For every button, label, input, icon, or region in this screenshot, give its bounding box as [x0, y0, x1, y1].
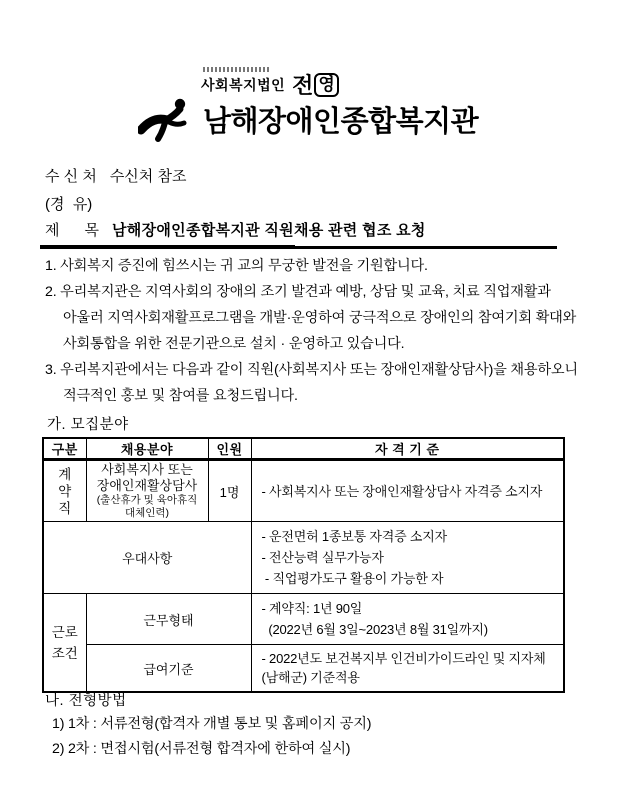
- body-line: 사회통합을 위한 전문기관으로 설치 · 운영하고 있습니다.: [45, 331, 605, 357]
- preferred-criteria-cell: - 운전면허 1종보통 자격증 소지자 - 전산능력 실무가능자 - 직업평가도…: [251, 522, 564, 594]
- center-logo-row: 남해장애인종합복지관: [138, 95, 478, 143]
- subject-line: 제 목 남해장애인종합복지관 직원채용 관련 협조 요청: [45, 219, 426, 240]
- foundation-name: 전 영: [292, 73, 339, 97]
- field-note-line: (출산휴가 및 육아휴직: [87, 494, 208, 507]
- work-type-value-cell: - 계약직: 1년 90일 (2022년 6월 3일~2023년 8월 31일까…: [251, 594, 564, 645]
- field-line: 사회복지사 또는: [87, 462, 208, 478]
- headcount-cell: 1명: [208, 460, 251, 522]
- body-paragraphs: 1. 사회복지 증진에 힘쓰시는 귀 교의 무궁한 발전을 기원합니다. 2. …: [45, 253, 605, 409]
- criteria-line: - 계약직: 1년 90일: [262, 598, 560, 619]
- selection-step-2: 2) 2차 : 면접시험(서류전형 합격자에 한하여 실시): [52, 738, 350, 758]
- field-cell: 사회복지사 또는 장애인재활상담사 (출산휴가 및 육아휴직 대체인력): [86, 460, 208, 522]
- selection-step-1: 1) 1차 : 서류전형(합격자 개별 통보 및 홈페이지 공지): [52, 713, 371, 733]
- criteria-line: - 사회복지사 또는 장애인재활상담사 자격증 소지자: [262, 481, 560, 502]
- body-line: 3. 우리복지관에서는 다음과 같이 직원(사회복지사 또는 장애인재활상담사)…: [45, 357, 605, 383]
- criteria-line: - 직업평가도구 활용이 가능한 자: [262, 568, 560, 589]
- scanned-official-letter: 사회복지법인 전 영 남해장애인종합복지관 수 신 처 수신처 참조 (: [0, 0, 631, 808]
- category-cell-contract: 계약직: [43, 460, 86, 522]
- category-cell-work-conditions: 근로조건: [43, 594, 86, 693]
- header-headcount: 인원: [208, 438, 251, 460]
- via-label: (경 유): [45, 193, 92, 214]
- body-line: 적극적인 홍보 및 참여를 요청드립니다.: [45, 383, 605, 409]
- subject-value: 남해장애인종합복지관 직원채용 관련 협조 요청: [112, 219, 426, 240]
- header-qualification: 자 격 기 준: [251, 438, 564, 460]
- subject-label: 제 목: [45, 219, 99, 240]
- header-field: 채용분야: [86, 438, 208, 460]
- person-swoosh-logo-icon: [138, 95, 200, 143]
- criteria-line: (2022년 6월 3일~2023년 8월 31일까지): [262, 619, 560, 640]
- preferred-label-cell: 우대사항: [43, 522, 251, 594]
- work-type-label-cell: 근무형태: [86, 594, 251, 645]
- body-line: 1. 사회복지 증진에 힘쓰시는 귀 교의 무궁한 발전을 기원합니다.: [45, 253, 605, 279]
- table-row-salary: 급여기준 - 2022년도 보건복지부 인건비가이드라인 및 지자체 (남해군)…: [43, 645, 564, 693]
- foundation-name-first-char: 전: [292, 75, 313, 97]
- recipient-line: 수 신 처 수신처 참조: [45, 165, 186, 186]
- criteria-line: (남해군) 기준적용: [262, 668, 560, 687]
- field-note-line: 대체인력): [87, 507, 208, 520]
- recipient-value: 수신처 참조: [110, 165, 187, 186]
- recruitment-table: 구분 채용분야 인원 자 격 기 준 계약직 사회복지사 또는 장애인재활상담사…: [42, 437, 565, 693]
- field-line: 장애인재활상담사: [87, 478, 208, 494]
- criteria-line: - 2022년도 보건복지부 인건비가이드라인 및 지자체: [262, 649, 560, 668]
- criteria-line: - 운전면허 1종보통 자격증 소지자: [262, 526, 560, 547]
- header-category: 구분: [43, 438, 86, 460]
- recipient-label: 수 신 처: [45, 165, 97, 186]
- table-header-row: 구분 채용분야 인원 자 격 기 준: [43, 438, 564, 460]
- table-row-contract: 계약직 사회복지사 또는 장애인재활상담사 (출산휴가 및 육아휴직 대체인력)…: [43, 460, 564, 522]
- selection-method-title: 나. 전형방법: [45, 689, 127, 710]
- table-row-preferred: 우대사항 - 운전면허 1종보통 자격증 소지자 - 전산능력 실무가능자 - …: [43, 522, 564, 594]
- foundation-name-boxed-char: 영: [314, 73, 338, 97]
- logo-slogan-illegible: [203, 67, 269, 72]
- logo-foundation-line: 사회복지법인 전 영: [201, 73, 339, 97]
- org-logo: 사회복지법인 전 영 남해장애인종합복지관: [138, 62, 498, 146]
- table-row-work-type: 근로조건 근무형태 - 계약직: 1년 90일 (2022년 6월 3일~202…: [43, 594, 564, 645]
- qualification-cell: - 사회복지사 또는 장애인재활상담사 자격증 소지자: [251, 460, 564, 522]
- foundation-type-label: 사회복지법인: [201, 75, 285, 97]
- salary-label-cell: 급여기준: [86, 645, 251, 693]
- recruitment-section-title: 가. 모집분야: [47, 413, 129, 434]
- header-divider: [40, 246, 557, 249]
- salary-value-cell: - 2022년도 보건복지부 인건비가이드라인 및 지자체 (남해군) 기준적용: [251, 645, 564, 693]
- center-name-title: 남해장애인종합복지관: [203, 99, 478, 140]
- via-line: (경 유): [45, 193, 92, 214]
- body-line: 아울러 지역사회재활프로그램을 개발·운영하여 궁극적으로 장애인의 참여기회 …: [45, 305, 605, 331]
- body-line: 2. 우리복지관은 지역사회의 장애의 조기 발견과 예방, 상담 및 교육, …: [45, 279, 605, 305]
- criteria-line: - 전산능력 실무가능자: [262, 547, 560, 568]
